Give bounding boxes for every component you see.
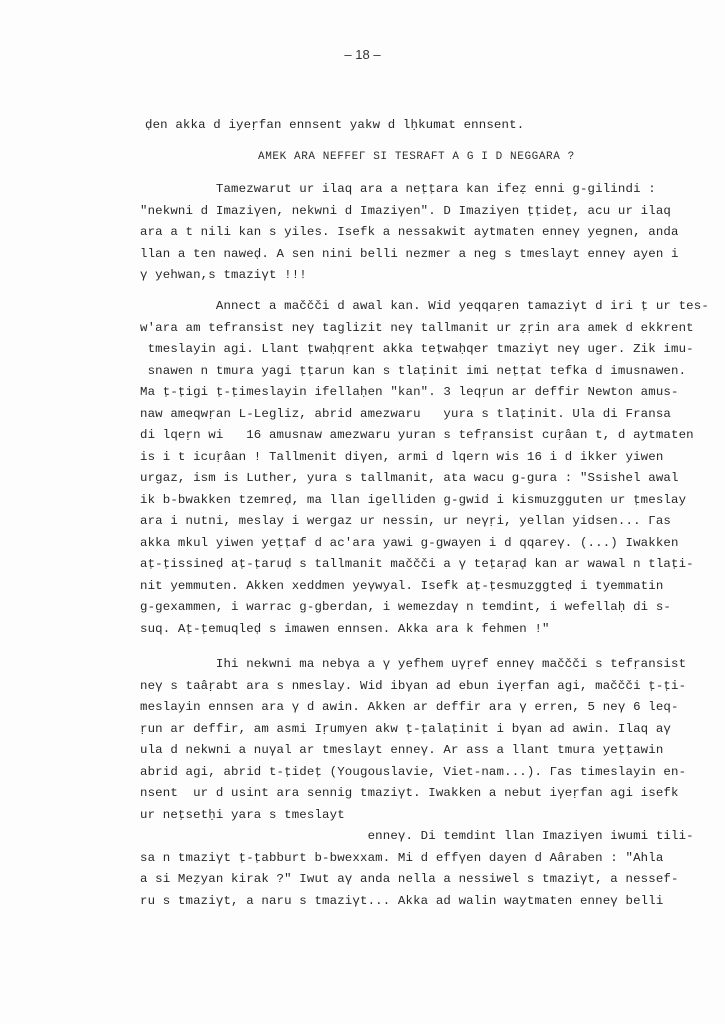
text-line: γ yehwan,s tmaziγt !!!	[140, 268, 307, 282]
text-line: suq. Aṭ-ṭemuqleḍ s imawen ennsen. Akka a…	[140, 622, 550, 636]
text-line: "nekwni d Imaziγen, nekwni d Imaziγen". …	[140, 204, 671, 218]
text-line: ur neṭsetḥi yara s tmeslayt	[140, 808, 345, 822]
text-line: ik b-bwakken tzemreḍ, ma llan igelliden …	[140, 493, 686, 507]
text-line: aṭ-ṭissineḍ aṭ-ṭaruḍ s tallmanit maččči …	[140, 557, 694, 571]
text-line: g-gexammen, i warrac g-gberdan, i wemezd…	[140, 600, 671, 614]
text-line: ara a t nili kan s yiles. Isefk a nessak…	[140, 225, 679, 239]
text-line: enneγ. Di temdint llan Imaziγen iwumi ti…	[140, 829, 694, 843]
text-line: Ihi nekwni ma nebγa a γ yefhem uγṛef enn…	[140, 657, 686, 671]
text-line: w'ara am tefransist neγ taglizit neγ tal…	[140, 321, 694, 335]
text-line: is i t icuṛâan ! Tallmenit diγen, armi d…	[140, 450, 663, 464]
text-line: ara i nutni, meslay i wergaz ur nessin, …	[140, 514, 671, 528]
text-line: akka mkul yiwen yeṭṭaf d ac'ara yawi g-g…	[140, 536, 679, 550]
section-heading: AMEK ARA NEFFEΓ SI TESRAFT A G I D NEGGA…	[258, 151, 575, 163]
text-line: a si Meẓyan kirak ?" Iwut aγ anda nella …	[140, 872, 679, 886]
text-line: nit yemmuten. Akken xeddmen yeγwyal. Ise…	[140, 579, 663, 593]
text-line: Annect a maččči d awal kan. Wid yeqqaṛen…	[140, 299, 709, 313]
text-line: nsent ur d usint ara sennig tmaziγt. Iwa…	[140, 786, 679, 800]
opening-line: ḍen akka d iyeṛfan ennsent yakw d lḥkuma…	[145, 118, 524, 132]
text-line: ula d nekwni a nuγal ar tmeslayt enneγ. …	[140, 743, 663, 757]
text-line: abrid agi, abrid t-ṭideṭ (Yougouslavie, …	[140, 765, 686, 779]
text-line: llan a ten naweḍ. A sen nini belli nezme…	[140, 247, 679, 261]
text-line: di lqeṛn wi 16 amusnaw amezwaru yuran s …	[140, 428, 694, 442]
text-line: naw ameqwṛan L-Legliz, abrid amezwaru yu…	[140, 407, 671, 421]
text-line: snawen n tmura yagi ṭṭarun kan s tlaṭini…	[140, 364, 686, 378]
text-line: tmeslayin agi. Llant ṭwaḥqṛent akka teṭw…	[140, 342, 694, 356]
text-line: Tamezwarut ur ilaq ara a neṭṭara kan ife…	[140, 182, 656, 196]
text-line: neγ s taâṛabt ara s nmeslay. Wid ibγan a…	[140, 679, 686, 693]
text-line: sa n tmaziγt ṭ-ṭabburt b-bwexxam. Mi d e…	[140, 851, 663, 865]
text-line: meslayin ennsen ara γ d awin. Akken ar d…	[140, 700, 679, 714]
text-line: ru s tmaziγt, a naru s tmaziγt... Akka a…	[140, 894, 663, 908]
document-page: – 18 – ḍen akka d iyeṛfan ennsent yakw d…	[0, 0, 725, 1024]
text-line: ṛun ar deffir, am asmi Iṛumyen akw ṭ-ṭal…	[140, 722, 671, 736]
page-number: – 18 –	[0, 47, 725, 62]
text-line: urgaz, ism is Luther, yura s tallmanit, …	[140, 471, 679, 485]
text-line: Ma ṭ-ṭigi ṭ-ṭimeslayin ifellaḥen "kan". …	[140, 385, 679, 399]
